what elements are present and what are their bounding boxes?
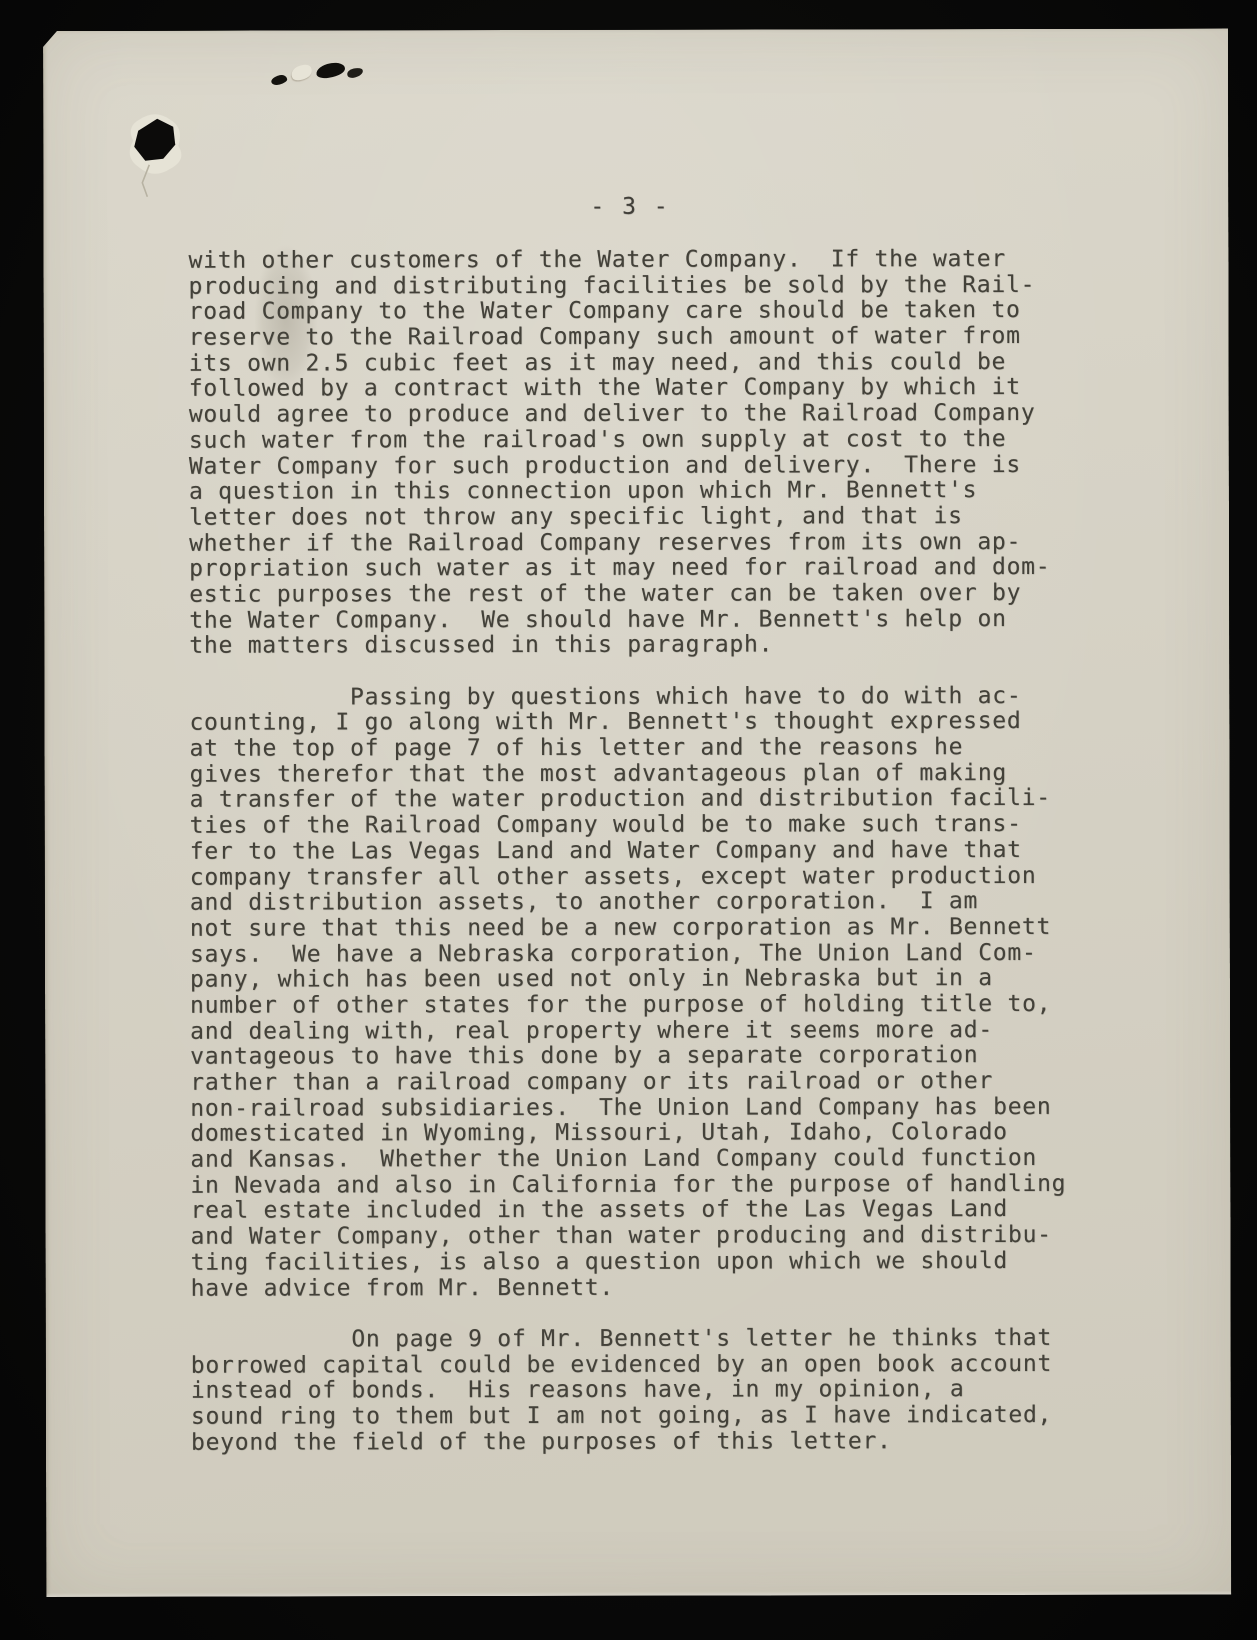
text-line: would agree to produce and deliver to th… <box>189 401 1109 429</box>
text-line: whether if the Railroad Company reserves… <box>189 529 1109 557</box>
text-line: rather than a railroad company or its ra… <box>190 1069 1110 1097</box>
document-page: - 3 - with other customers of the Water … <box>43 29 1231 1597</box>
text-line: at the top of page 7 of his letter and t… <box>189 735 1109 763</box>
text-line: and dealing with, real property where it… <box>190 1017 1110 1045</box>
text-line: reserve to the Railroad Company such amo… <box>189 324 1109 352</box>
text-line: counting, I go along with Mr. Bennett's … <box>189 709 1109 737</box>
text-line: fer to the Las Vegas Land and Water Comp… <box>190 838 1110 866</box>
text-line: and distribution assets, to another corp… <box>190 889 1110 917</box>
text-line: gives therefor that the most advantageou… <box>190 761 1110 789</box>
text-line: On page 9 of Mr. Bennett's letter he thi… <box>191 1326 1111 1354</box>
text-line: vantageous to have this done by a separa… <box>190 1043 1110 1071</box>
text-line: such water from the railroad's own suppl… <box>189 427 1109 455</box>
text-line: followed by a contract with the Water Co… <box>189 375 1109 403</box>
text-line: pany, which has been used not only in Ne… <box>190 966 1110 994</box>
text-line: and Water Company, other than water prod… <box>191 1223 1111 1251</box>
text-line: propriation such water as it may need fo… <box>189 555 1109 583</box>
text-line: Water Company for such production and de… <box>189 452 1109 480</box>
paragraph-2: Passing by questions which have to do wi… <box>189 683 1110 1301</box>
text-line: the matters discussed in this paragraph. <box>189 632 1109 660</box>
paragraph-3: On page 9 of Mr. Bennett's letter he thi… <box>191 1326 1111 1456</box>
paragraph-1: with other customers of the Water Compan… <box>188 247 1109 660</box>
text-line: company transfer all other assets, excep… <box>190 863 1110 891</box>
scanner-background: - 3 - with other customers of the Water … <box>0 0 1257 1640</box>
text-line: Passing by questions which have to do wi… <box>189 683 1109 711</box>
ink-smudge-small <box>346 67 364 79</box>
text-line: estic purposes the rest of the water can… <box>189 581 1109 609</box>
text-line: real estate included in the assets of th… <box>190 1197 1110 1225</box>
ink-smudge-large <box>315 61 346 79</box>
text-line: its own 2.5 cubic feet as it may need, a… <box>189 350 1109 378</box>
text-line: with other customers of the Water Compan… <box>188 247 1108 275</box>
text-line: a question in this connection upon which… <box>189 478 1109 506</box>
text-line: number of other states for the purpose o… <box>190 992 1110 1020</box>
text-line: borrowed capital could be evidenced by a… <box>191 1351 1111 1379</box>
text-line: producing and distributing facilities be… <box>189 272 1109 300</box>
text-line: road Company to the Water Company care s… <box>189 298 1109 326</box>
text-line: not sure that this need be a new corpora… <box>190 915 1110 943</box>
text-line: and Kansas. Whether the Union Land Compa… <box>190 1146 1110 1174</box>
paper-scrape-mark <box>289 62 314 83</box>
text-line: instead of bonds. His reasons have, in m… <box>191 1377 1111 1405</box>
letter-body: with other customers of the Water Compan… <box>188 247 1111 1456</box>
text-line: in Nevada and also in California for the… <box>190 1172 1110 1200</box>
text-line: ting facilities, is also a question upon… <box>191 1249 1111 1277</box>
text-line: a transfer of the water production and d… <box>190 786 1110 814</box>
text-line: sound ring to them but I am not going, a… <box>191 1403 1111 1431</box>
text-line: non-railroad subsidiaries. The Union Lan… <box>190 1094 1110 1122</box>
text-line: says. We have a Nebraska corporation, Th… <box>190 940 1110 968</box>
text-line: have advice from Mr. Bennett. <box>191 1274 1111 1302</box>
ink-smudge-dot <box>270 74 288 87</box>
text-line: domesticated in Wyoming, Missouri, Utah,… <box>190 1120 1110 1148</box>
page-number: - 3 - <box>590 195 669 221</box>
text-line: the Water Company. We should have Mr. Be… <box>189 606 1109 634</box>
punch-hole <box>123 111 201 203</box>
text-line: letter does not throw any specific light… <box>189 504 1109 532</box>
text-line: ties of the Railroad Company would be to… <box>190 812 1110 840</box>
text-line: beyond the field of the purposes of this… <box>191 1428 1111 1456</box>
